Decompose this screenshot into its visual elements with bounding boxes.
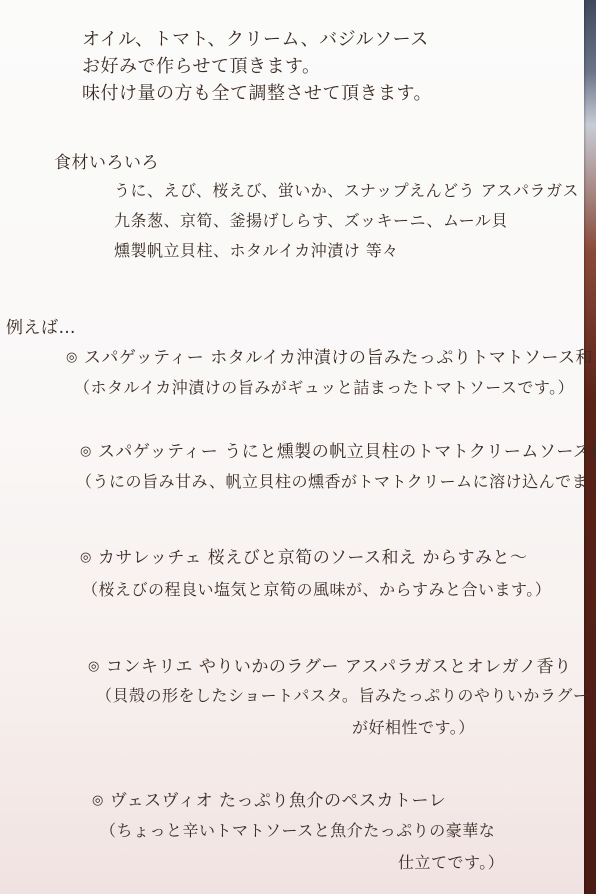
ingredients-title: 食材いろいろ xyxy=(54,148,159,173)
bullet-double-circle-icon: ◎ xyxy=(80,444,92,459)
dish-desc-3: （桜えびの程良い塩気と京筍の風味が、からすみと合います。） xyxy=(82,574,551,606)
ingredients-line-2: 九条葱、京筍、釜揚げしらす、ズッキーニ、ムール貝 xyxy=(114,206,579,236)
photo-scene: オイル、トマト、クリーム、バジルソース お好みで作らせて頂きます。 味付け量の方… xyxy=(0,0,596,894)
dish-desc-5: （ちょっと辛いトマトソースと魚介たっぷりの豪華な 仕立てです。） xyxy=(100,815,504,879)
dish-item-4: ◎コンキリエ やりいかのラグー アスパラガスとオレガノ香り xyxy=(88,652,572,677)
dish-desc-line: が好相性です。） xyxy=(96,712,589,744)
dish-desc-line: （貝殻の形をしたショートパスタ。旨みたっぷりのやりいかラグー xyxy=(96,680,589,712)
ingredients-line-3: 燻製帆立貝柱、ホタルイカ沖漬け 等々 xyxy=(114,236,579,266)
dish-desc-2: （うにの旨み甘み、帆立貝柱の燻香がトマトクリームに溶け込んでます。） xyxy=(76,466,596,498)
examples-title: 例えば… xyxy=(6,313,76,338)
dish-name: コンキリエ やりいかのラグー アスパラガスとオレガノ香り xyxy=(106,657,572,677)
dish-name: スパゲッティー うにと燻製の帆立貝柱のトマトクリームソース和え～ xyxy=(98,442,596,462)
handwritten-menu-card: オイル、トマト、クリーム、バジルソース お好みで作らせて頂きます。 味付け量の方… xyxy=(0,0,584,894)
intro-block: オイル、トマト、クリーム、バジルソース お好みで作らせて頂きます。 味付け量の方… xyxy=(82,26,432,107)
bullet-double-circle-icon: ◎ xyxy=(88,659,100,674)
dish-desc-line: （うにの旨み甘み、帆立貝柱の燻香がトマトクリームに溶け込んでます。） xyxy=(76,466,596,498)
intro-line-seasoning: 味付け量の方も全て調整させて頂きます。 xyxy=(82,80,432,107)
dish-desc-1: （ホタルイカ沖漬けの旨みがギュッと詰まったトマトソースです。） xyxy=(74,372,574,404)
dish-item-2: ◎スパゲッティー うにと燻製の帆立貝柱のトマトクリームソース和え～ xyxy=(80,437,596,462)
dish-item-1: ◎スパゲッティー ホタルイカ沖漬けの旨みたっぷりトマトソース和え～ xyxy=(66,343,596,368)
dish-desc-line: 仕立てです。） xyxy=(100,847,504,879)
dish-item-3: ◎カサレッチェ 桜えびと京筍のソース和え からすみと～ xyxy=(80,543,527,568)
ingredients-line-1: うに、えび、桜えび、蛍いか、スナップえんどう アスパラガス xyxy=(114,176,579,206)
dish-desc-line: （ちょっと辛いトマトソースと魚介たっぷりの豪華な xyxy=(100,815,504,847)
bullet-double-circle-icon: ◎ xyxy=(66,350,78,365)
bullet-double-circle-icon: ◎ xyxy=(80,550,92,565)
bullet-double-circle-icon: ◎ xyxy=(92,793,104,808)
ingredients-list: うに、えび、桜えび、蛍いか、スナップえんどう アスパラガス 九条葱、京筍、釜揚げ… xyxy=(114,176,579,266)
dish-desc-line: （ホタルイカ沖漬けの旨みがギュッと詰まったトマトソースです。） xyxy=(74,372,574,404)
dish-item-5: ◎ヴェスヴィオ たっぷり魚介のペスカトーレ xyxy=(92,786,446,811)
intro-line-preference: お好みで作らせて頂きます。 xyxy=(82,53,432,80)
dish-desc-4: （貝殻の形をしたショートパスタ。旨みたっぷりのやりいかラグー が好相性です。） xyxy=(96,680,589,744)
intro-line-sauces: オイル、トマト、クリーム、バジルソース xyxy=(82,26,432,53)
dish-desc-line: （桜えびの程良い塩気と京筍の風味が、からすみと合います。） xyxy=(82,574,551,606)
dish-name: スパゲッティー ホタルイカ沖漬けの旨みたっぷりトマトソース和え～ xyxy=(84,348,596,368)
dish-name: ヴェスヴィオ たっぷり魚介のペスカトーレ xyxy=(110,791,446,811)
dish-name: カサレッチェ 桜えびと京筍のソース和え からすみと～ xyxy=(98,548,528,568)
